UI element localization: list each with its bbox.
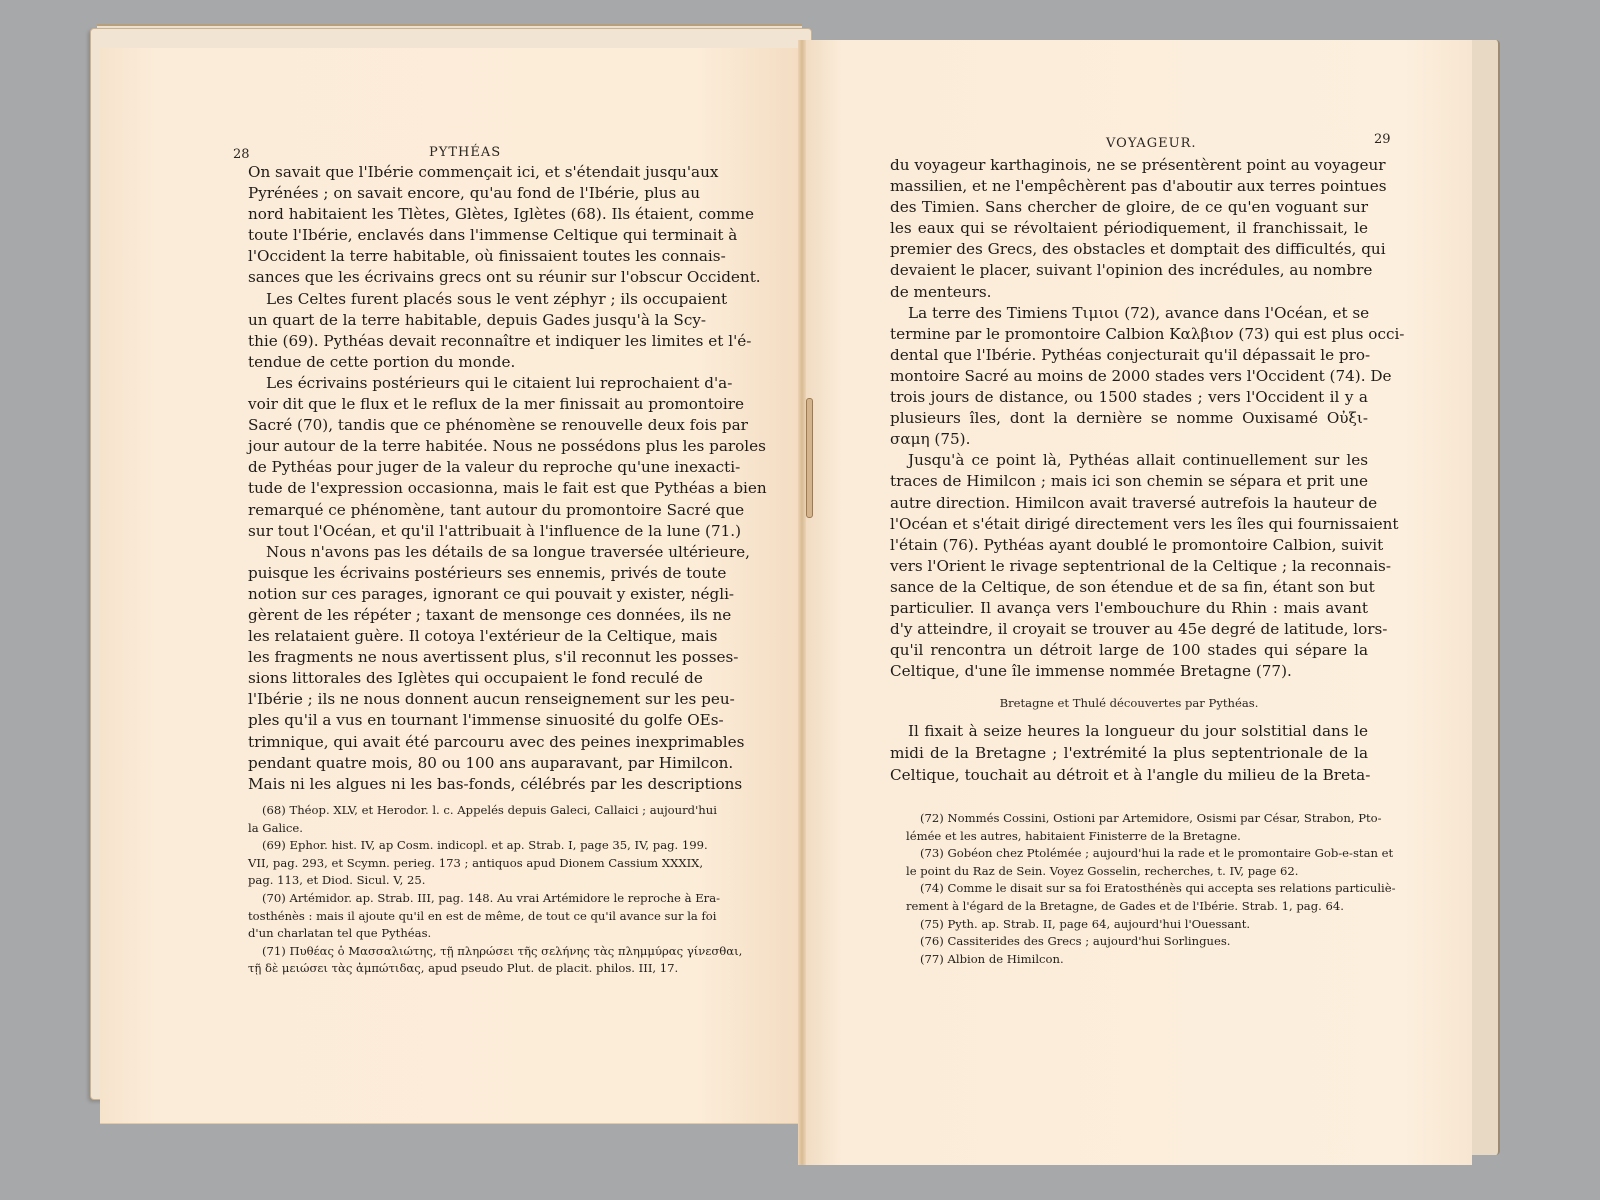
footnote-line: (70) Artémidor. ap. Strab. III, pag. 148… [248,890,703,908]
left-page-footnotes: (68) Théop. XLV, et Herodor. l. c. Appel… [248,802,703,978]
footnote-line: (74) Comme le disait sur sa foi Eratosth… [906,880,1368,898]
book-gutter [798,40,806,1165]
text-line: l'Océan et s'était dirigé directement ve… [890,514,1368,535]
footnote-line: (76) Cassiterides des Grecs ; aujourd'hu… [906,933,1368,951]
text-line: pendant quatre mois, 80 ou 100 ans aupar… [248,753,700,774]
text-line: Les écrivains postérieurs qui le citaien… [248,373,700,394]
footnote-line: rement à l'égard de la Bretagne, de Gade… [906,898,1368,916]
text-line: jour autour de la terre habitée. Nous ne… [248,436,700,457]
text-line: trois jours de distance, ou 1500 stades … [890,387,1368,408]
section-heading: Bretagne et Thulé découvertes par Pythéa… [890,696,1368,710]
text-line: qu'il rencontra un détroit large de 100 … [890,640,1368,661]
text-line: Nous n'avons pas les détails de sa longu… [248,542,700,563]
text-line: tendue de cette portion du monde. [248,352,700,373]
left-page-body: On savait que l'Ibérie commençait ici, e… [248,162,700,795]
right-page-body: du voyageur karthaginois, ne se présentè… [890,155,1368,682]
footnote-line: τῇ δὲ μειώσει τὰς ἀμπώτιδας, apud pseudo… [248,960,703,978]
footnote-line: tosthénès : mais il ajoute qu'il en est … [248,908,703,926]
footnote-line: (72) Nommés Cossini, Ostioni par Artemid… [906,810,1368,828]
text-line: du voyageur karthaginois, ne se présentè… [890,155,1368,176]
text-line: de Pythéas pour juger de la valeur du re… [248,457,700,478]
footnote-line: pag. 113, et Diod. Sicul. V, 25. [248,872,703,890]
footnote-line: (71) Πυθέας ὁ Μασσαλιώτης, τῇ πληρώσει τ… [248,943,703,961]
footnote-line: d'un charlatan tel que Pythéas. [248,925,703,943]
text-line: Les Celtes furent placés sous le vent zé… [248,289,700,310]
text-line: sions littorales des Iglètes qui occupai… [248,668,700,689]
text-line: montoire Sacré au moins de 2000 stades v… [890,366,1368,387]
text-line: voir dit que le flux et le reflux de la … [248,394,700,415]
right-page-number: 29 [1374,132,1391,147]
text-line: remarqué ce phénomène, tant autour du pr… [248,500,700,521]
text-line: La terre des Timiens Τιμιοι (72), avance… [890,303,1368,324]
text-line: trimnique, qui avait été parcouru avec d… [248,732,700,753]
text-line: autre direction. Himilcon avait traversé… [890,493,1368,514]
text-line: devaient le placer, suivant l'opinion de… [890,260,1368,281]
text-line: gèrent de les répéter ; taxant de menson… [248,605,700,626]
text-line: notion sur ces parages, ignorant ce qui … [248,584,700,605]
text-line: thie (69). Pythéas devait reconnaître et… [248,331,700,352]
footnote-line: (75) Pyth. ap. Strab. II, page 64, aujou… [906,916,1368,934]
text-line: Mais ni les algues ni les bas-fonds, cél… [248,774,700,795]
text-line: Celtique, touchait au détroit et à l'ang… [890,764,1368,786]
text-line: les fragments ne nous avertissent plus, … [248,647,700,668]
text-line: l'Occident la terre habitable, où finiss… [248,246,700,267]
text-line: Sacré (70), tandis que ce phénomène se r… [248,415,700,436]
text-line: un quart de la terre habitable, depuis G… [248,310,700,331]
text-line: dental que l'Ibérie. Pythéas conjecturai… [890,345,1368,366]
text-line: puisque les écrivains postérieurs ses en… [248,563,700,584]
text-line: massilien, et ne l'empêchèrent pas d'abo… [890,176,1368,197]
footnote-line: la Galice. [248,820,703,838]
text-line: Pyrénées ; on savait encore, qu'au fond … [248,183,700,204]
text-line: Jusqu'à ce point là, Pythéas allait cont… [890,450,1368,471]
text-line: plusieurs îles, dont la dernière se nomm… [890,408,1368,429]
left-running-head: PYTHÉAS [429,145,501,160]
footnote-line: (73) Gobéon chez Ptolémée ; aujourd'hui … [906,845,1368,863]
right-page-stack-edge [1470,40,1500,1155]
text-line: sance de la Celtique, de son étendue et … [890,577,1368,598]
text-line: Il fixait à seize heures la longueur du … [890,720,1368,742]
text-line: Celtique, d'une île immense nommée Breta… [890,661,1368,682]
text-line: les eaux qui se révoltaient périodiqueme… [890,218,1368,239]
text-line: sances que les écrivains grecs ont su ré… [248,267,700,288]
footnote-line: (69) Ephor. hist. IV, ap Cosm. indicopl.… [248,837,703,855]
footnote-line: (77) Albion de Himilcon. [906,951,1368,969]
text-line: d'y atteindre, il croyait se trouver au … [890,619,1368,640]
footnote-line: le point du Raz de Sein. Voyez Gosselin,… [906,863,1368,881]
text-line: On savait que l'Ibérie commençait ici, e… [248,162,700,183]
text-line: toute l'Ibérie, enclavés dans l'immense … [248,225,700,246]
text-line: sur tout l'Océan, et qu'il l'attribuait … [248,521,700,542]
footnote-line: lémée et les autres, habitaient Finister… [906,828,1368,846]
right-page-body-continued: Il fixait à seize heures la longueur du … [890,720,1368,786]
text-line: des Timien. Sans chercher de gloire, de … [890,197,1368,218]
footnote-line: (68) Théop. XLV, et Herodor. l. c. Appel… [248,802,703,820]
right-running-head: VOYAGEUR. [1106,136,1197,151]
text-line: de menteurs. [890,282,1368,303]
left-page-number: 28 [233,147,250,162]
text-line: traces de Himilcon ; mais ici son chemin… [890,471,1368,492]
text-line: particulier. Il avança vers l'embouchure… [890,598,1368,619]
text-line: ples qu'il a vus en tournant l'immense s… [248,710,700,731]
text-line: σαμη (75). [890,429,1368,450]
text-line: vers l'Orient le rivage septentrional de… [890,556,1368,577]
binding-stitch [806,398,813,518]
footnote-line: VII, pag. 293, et Scymn. perieg. 173 ; a… [248,855,703,873]
text-line: midi de la Bretagne ; l'extrémité la plu… [890,742,1368,764]
text-line: premier des Grecs, des obstacles et domp… [890,239,1368,260]
text-line: l'Ibérie ; ils ne nous donnent aucun ren… [248,689,700,710]
text-line: tude de l'expression occasionna, mais le… [248,478,700,499]
text-line: termine par le promontoire Calbion Καλβι… [890,324,1368,345]
text-line: l'étain (76). Pythéas ayant doublé le pr… [890,535,1368,556]
right-page-footnotes: (72) Nommés Cossini, Ostioni par Artemid… [906,810,1368,968]
text-line: les relataient guère. Il cotoya l'extéri… [248,626,700,647]
text-line: nord habitaient les Tlètes, Glètes, Iglè… [248,204,700,225]
